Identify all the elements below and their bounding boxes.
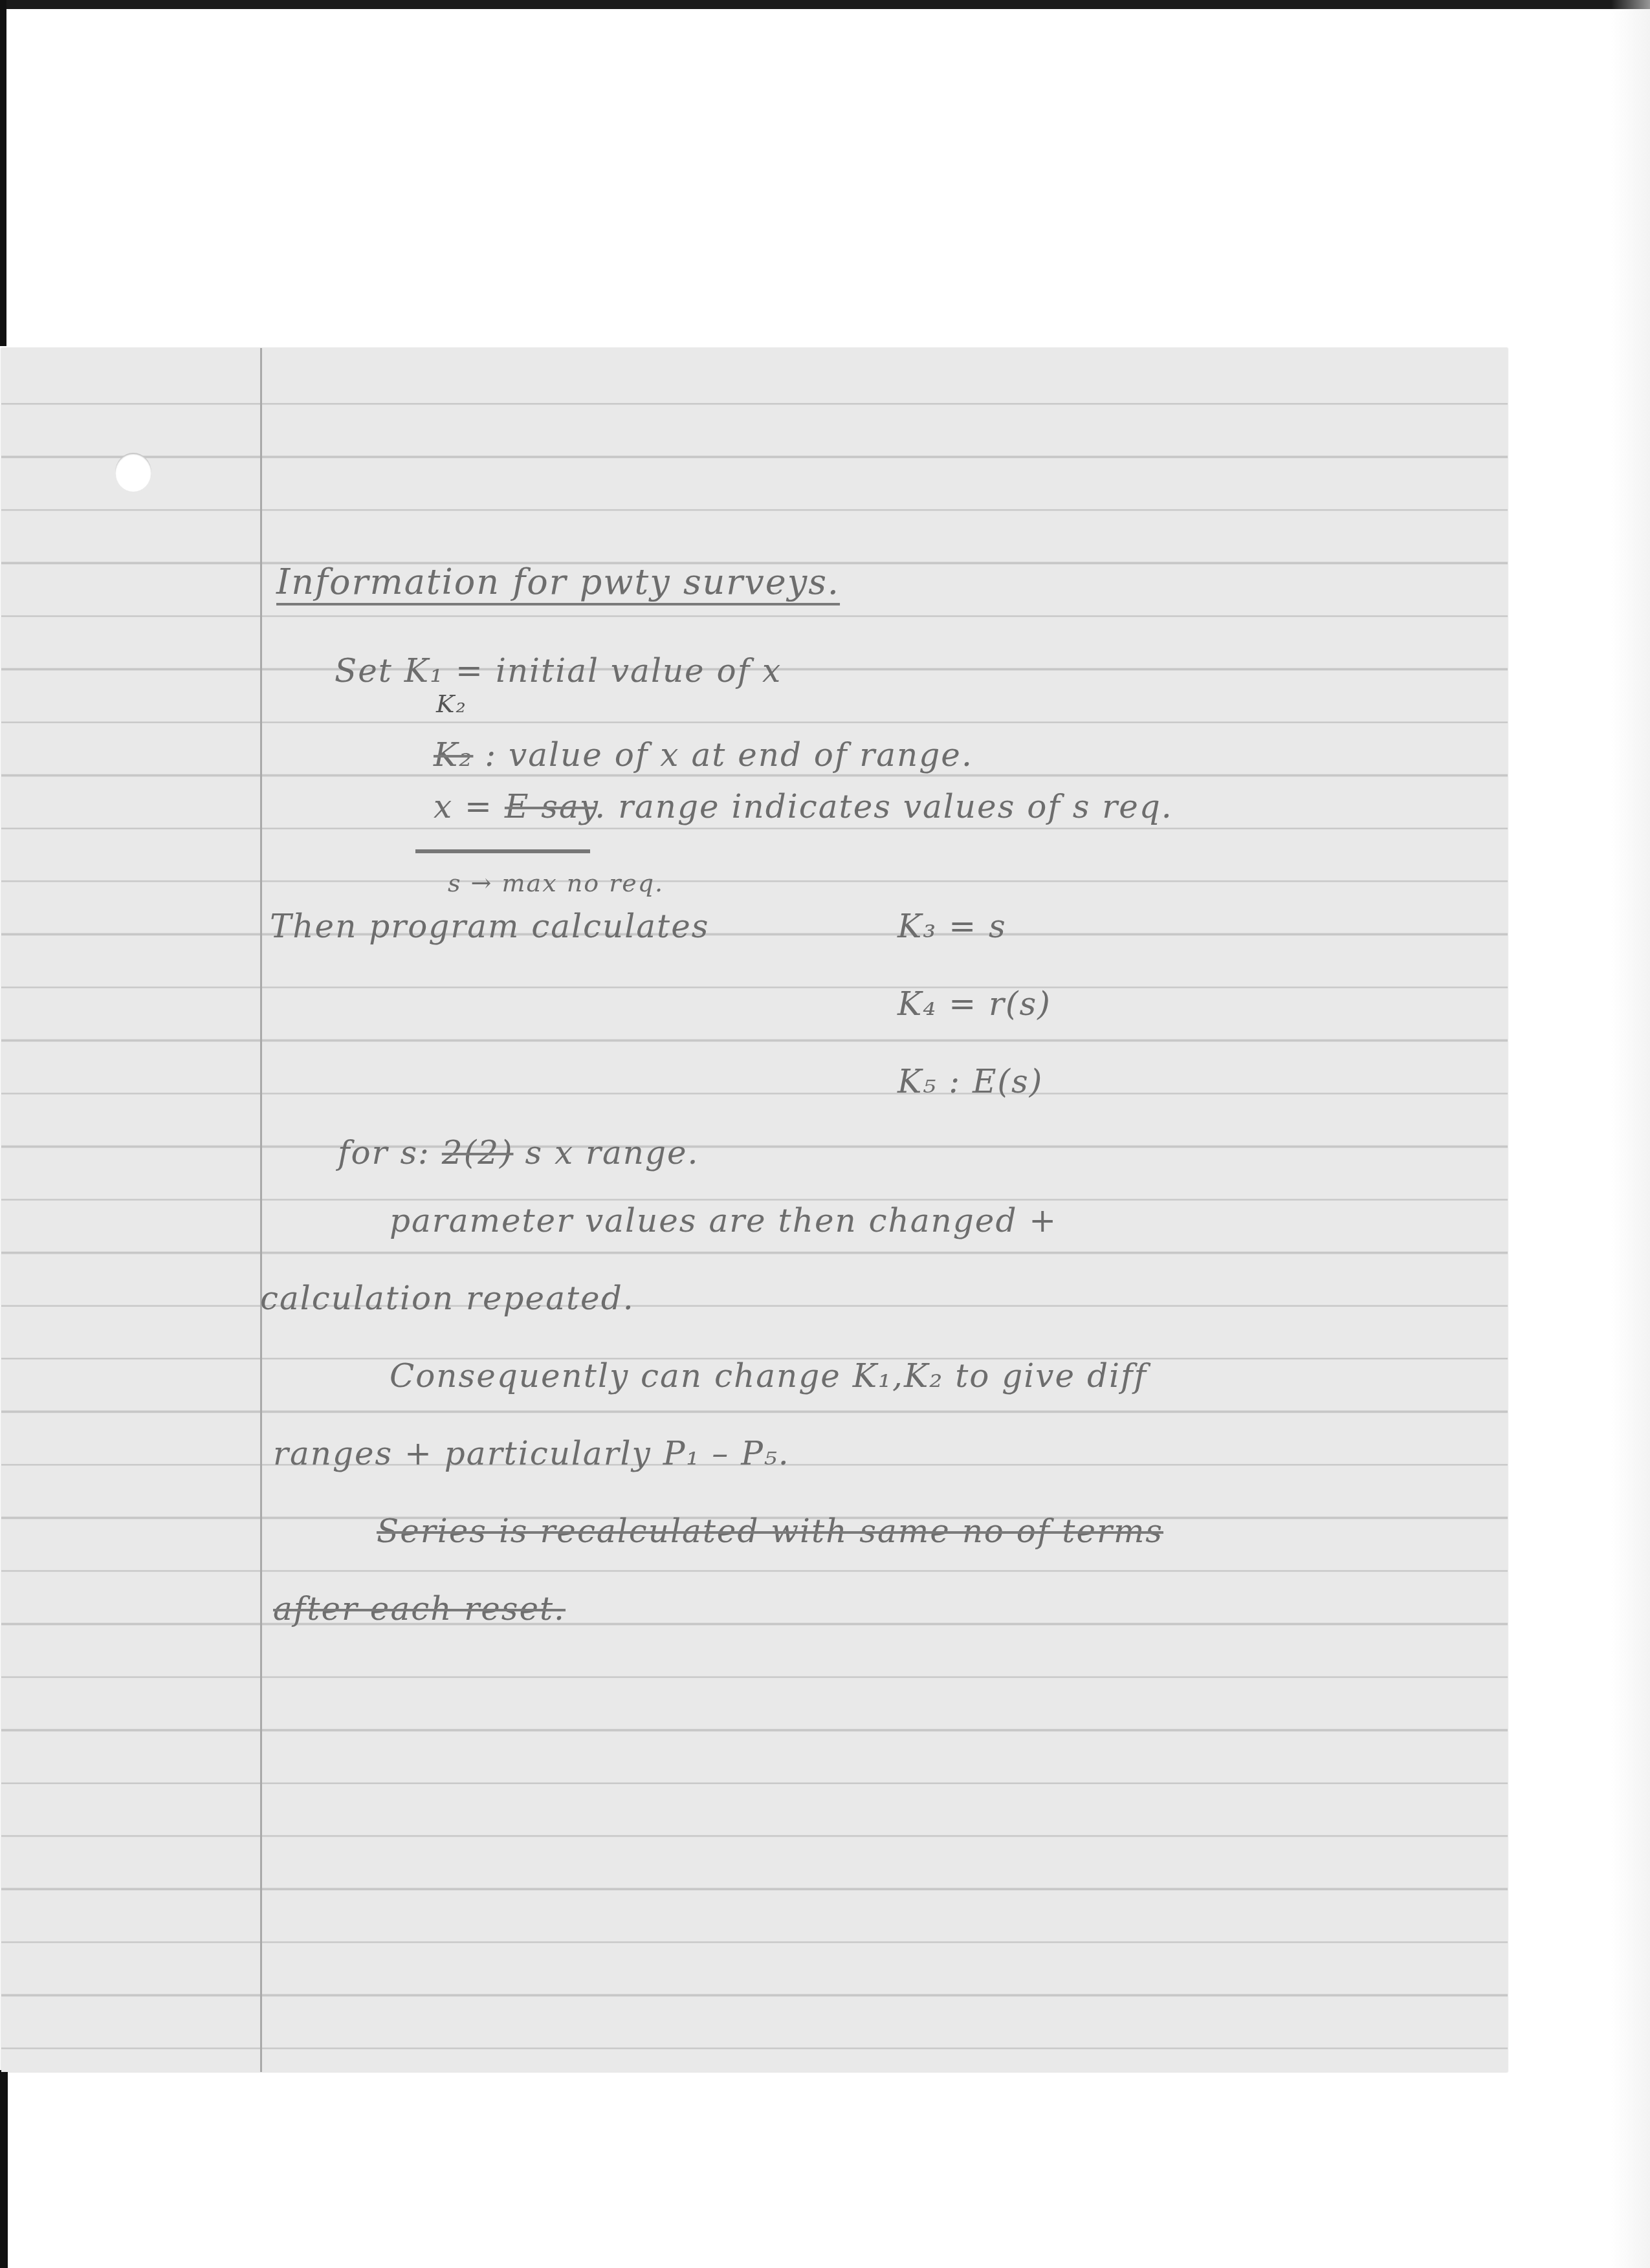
line-scribbled-out	[415, 823, 590, 861]
for-s-struck: 2(2)	[442, 1134, 514, 1172]
line-parameter-1: parameter values are then changed +	[390, 1202, 1057, 1239]
for-s-rest: s x range.	[525, 1134, 699, 1172]
lined-paper-sheet: Information for pwty surveys. Set K₁ = i…	[1, 348, 1508, 2072]
line-set-k1: Set K₁ = initial value of x	[335, 652, 782, 690]
line-series-2: after each reset.	[273, 1590, 566, 1628]
line-k2-label: K₂	[436, 690, 467, 718]
page-title: Information for pwty surveys.	[276, 562, 840, 602]
line-k2-definition: K₂ : value of x at end of range.	[434, 736, 973, 774]
scanner-edge-top	[0, 0, 1650, 9]
x-def-rest: . range indicates values of s req.	[595, 788, 1172, 825]
scribble-mark	[415, 830, 590, 853]
line-k3: K₃ = s	[897, 908, 1007, 945]
margin-line	[260, 348, 262, 2072]
line-for-s: for s: 2(2) s x range.	[338, 1134, 699, 1172]
line-k5: K₅ : E(s)	[897, 1063, 1043, 1100]
line-consequently-1: Consequently can change K₁,K₂ to give di…	[390, 1357, 1147, 1395]
line-k4: K₄ = r(s)	[897, 985, 1051, 1023]
k2-definition-text: : value of x at end of range.	[485, 736, 973, 774]
line-s-definition: s → max no req.	[448, 869, 664, 897]
punch-hole	[115, 453, 151, 492]
scanner-edge-left-bottom	[0, 2070, 8, 2268]
line-x-definition: x = E say. range indicates values of s r…	[434, 788, 1173, 825]
line-program-calculates: Then program calculates	[270, 908, 709, 945]
scanner-edge-right	[1611, 0, 1650, 2268]
for-s-prefix: for s:	[338, 1134, 430, 1172]
line-consequently-2: ranges + particularly P₁ – P₅.	[273, 1435, 790, 1472]
scanner-edge-left-top	[0, 0, 6, 346]
x-def-prefix: x =	[434, 788, 505, 825]
line-series-1: Series is recalculated with same no of t…	[377, 1512, 1163, 1550]
line-parameter-2: calculation repeated.	[260, 1280, 635, 1317]
x-def-struck: E say	[505, 788, 595, 825]
crossed-symbol: K₂	[434, 736, 473, 774]
